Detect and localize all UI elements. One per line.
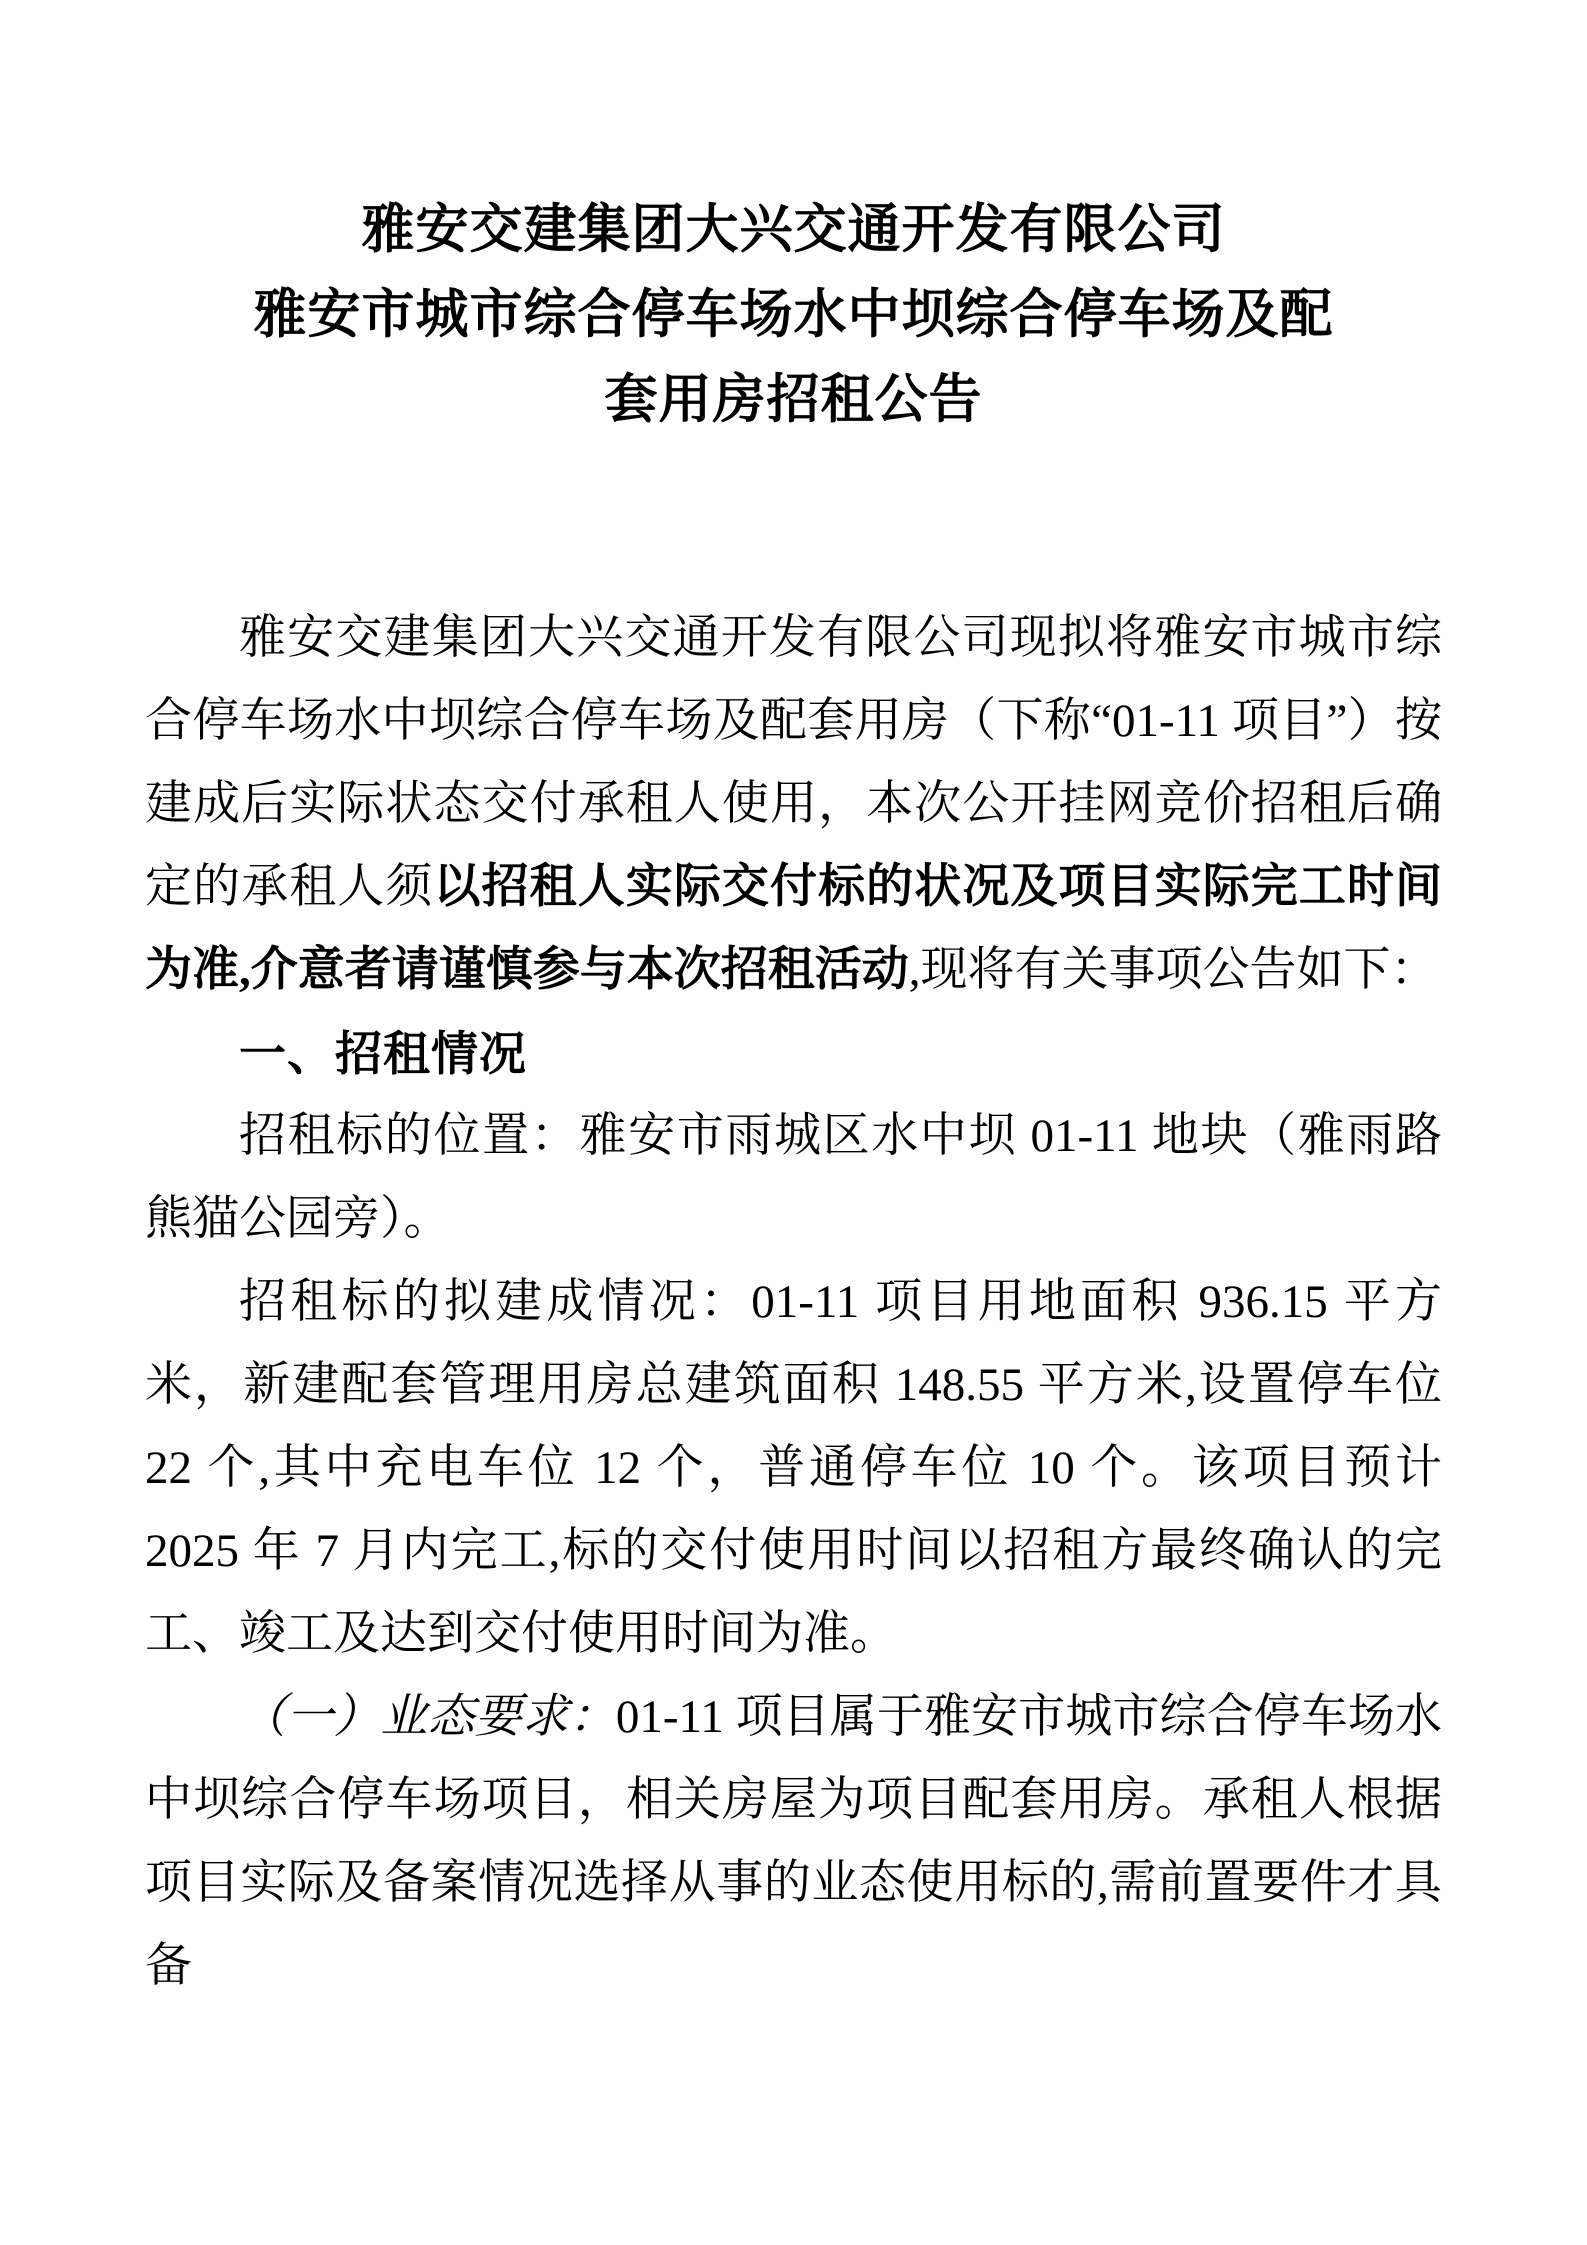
document-page: 雅安交建集团大兴交通开发有限公司 雅安市城市综合停车场水中坝综合停车场及配 套用… — [0, 0, 1587, 2245]
title-line-1: 雅安交建集团大兴交通开发有限公司 — [145, 188, 1442, 273]
title-line-2: 雅安市城市综合停车场水中坝综合停车场及配 — [145, 273, 1442, 358]
paragraph-location: 招租标的位置：雅安市雨城区水中坝 01-11 地块（雅雨路熊猫公园旁）。 — [145, 1095, 1442, 1261]
document-title: 雅安交建集团大兴交通开发有限公司 雅安市城市综合停车场水中坝综合停车场及配 套用… — [145, 188, 1442, 443]
document-body: 雅安交建集团大兴交通开发有限公司现拟将雅安市城市综合停车场水中坝综合停车场及配套… — [145, 597, 1442, 2008]
business-format-label: （一）业态要求： — [239, 1691, 616, 1743]
paragraph-construction-status: 招租标的拟建成情况：01-11 项目用地面积 936.15 平方米，新建配套管理… — [145, 1261, 1442, 1676]
paragraph-intro: 雅安交建集团大兴交通开发有限公司现拟将雅安市城市综合停车场水中坝综合停车场及配套… — [145, 597, 1442, 1012]
title-line-3: 套用房招租公告 — [145, 358, 1442, 443]
section-heading-rental-info: 一、招租情况 — [145, 1012, 1442, 1095]
intro-text-end: ,现将有关事项公告如下： — [909, 944, 1438, 996]
paragraph-business-format: （一）业态要求：01-11 项目属于雅安市城市综合停车场水中坝综合停车场项目，相… — [145, 1676, 1442, 2008]
